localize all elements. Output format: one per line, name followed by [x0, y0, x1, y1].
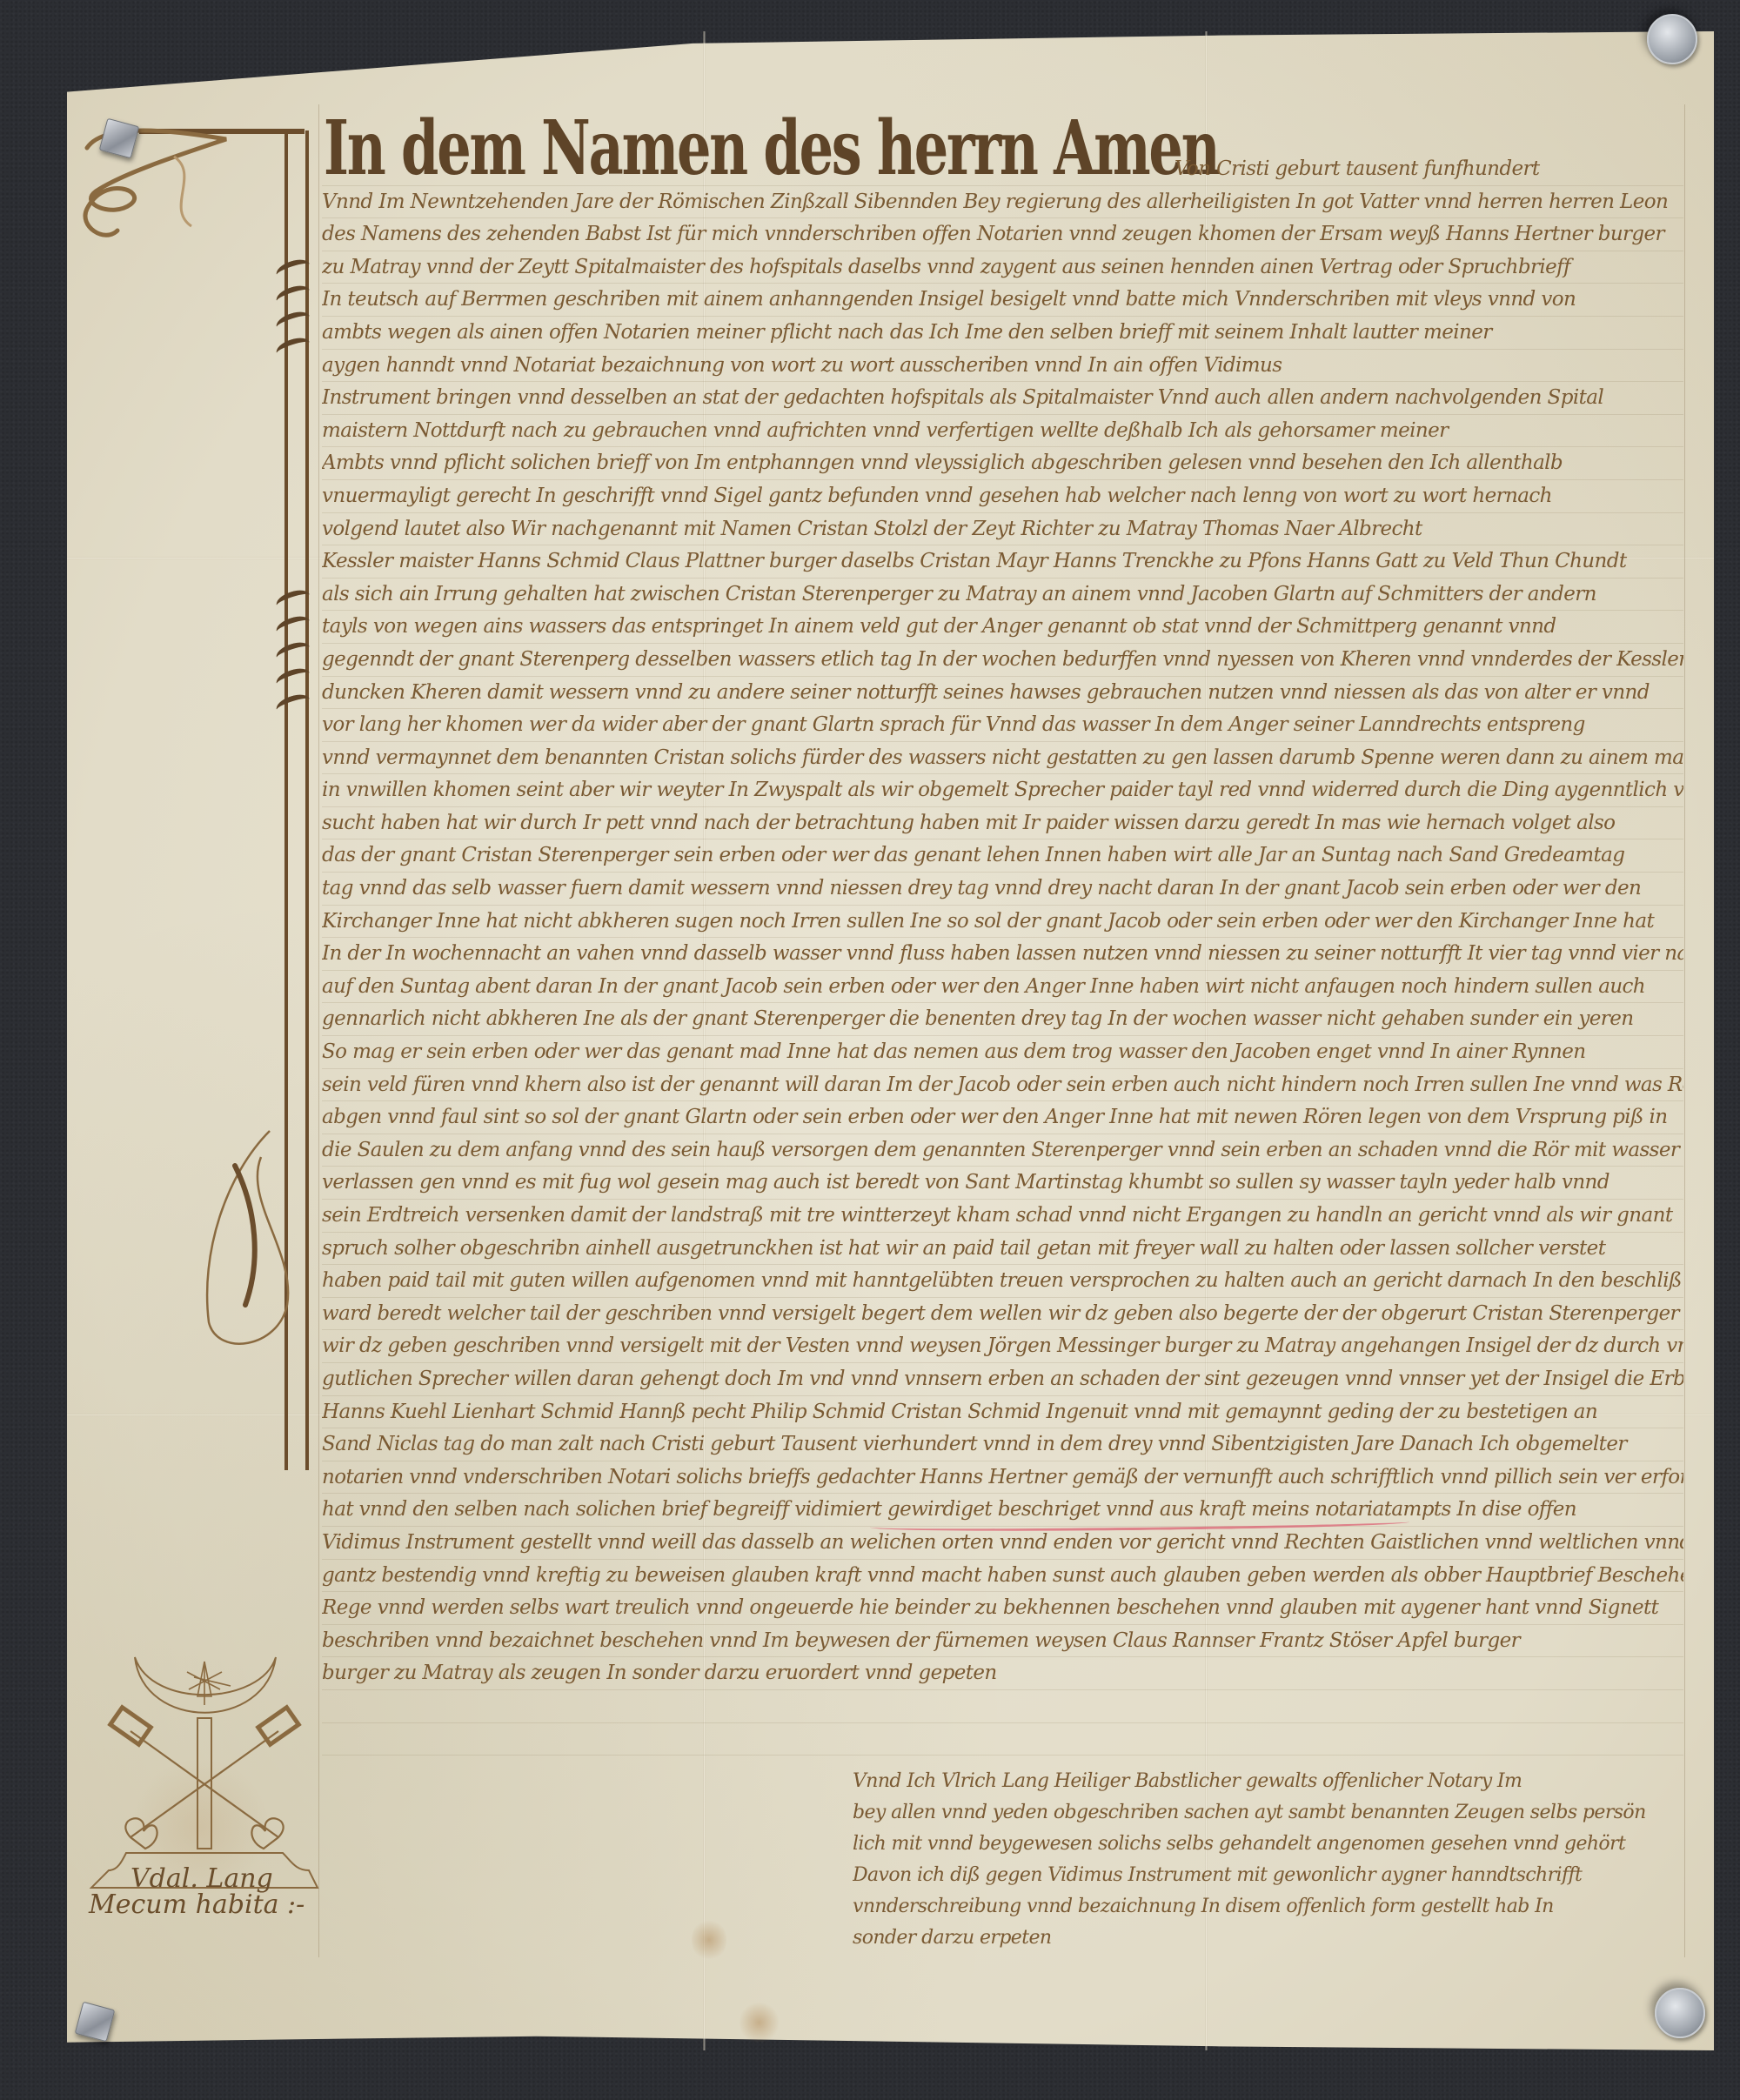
notarial-sign-icon: [83, 1609, 326, 1905]
stain: [692, 1918, 726, 1962]
text-line: Sand Niclas tag do man zalt nach Cristi …: [322, 1428, 1683, 1461]
text-line: aygen hanndt vnnd Notariat bezaichnung v…: [322, 350, 1683, 383]
text-line: vnuermayligt gerecht In geschrifft vnnd …: [322, 480, 1683, 513]
text-line: Vidimus Instrument gestellt vnnd weill d…: [322, 1527, 1683, 1560]
text-line: Ambts vnnd pflicht solichen brieff von I…: [322, 447, 1683, 480]
text-line: Kirchanger Inne hat nicht abkheren sugen…: [322, 906, 1683, 939]
text-line: vnnd vermaynnet dem benannten Cristan so…: [322, 742, 1683, 775]
text-line: Vnnd Im Newntzehenden Jare der Römischen…: [322, 186, 1683, 219]
text-line: duncken Kheren damit wessern vnnd zu and…: [322, 677, 1683, 710]
magnet-round: [1655, 1988, 1705, 2038]
text-line: vor lang her khomen wer da wider aber de…: [322, 709, 1683, 742]
text-line: gegenndt der gnant Sterenperg desselben …: [322, 644, 1683, 677]
text-line: zu Matray vnnd der Zeytt Spitalmaister d…: [322, 251, 1683, 284]
text-line: beschriben vnnd bezaichnet beschehen vnn…: [322, 1625, 1683, 1658]
text-line: tag vnnd das selb wasser fuern damit wes…: [322, 873, 1683, 906]
crossed-keys-icon: [110, 1708, 299, 1849]
subscription-line: vnnderschreibung vnnd bezaichnung In dis…: [853, 1891, 1679, 1923]
text-line: gantz bestendig vnnd kreftig zu beweisen…: [322, 1560, 1683, 1593]
text-line: ward beredt welcher tail der geschriben …: [322, 1298, 1683, 1331]
text-line: In der In wochennacht an vahen vnnd dass…: [322, 938, 1683, 971]
text-line: sein Erdtreich versenken damit der lands…: [322, 1200, 1683, 1233]
text-line: das der gnant Cristan Sterenperger sein …: [322, 839, 1683, 873]
text-line: spruch solher obgeschribn ainhell ausget…: [322, 1233, 1683, 1266]
text-line: Instrument bringen vnnd desselben an sta…: [322, 382, 1683, 415]
subscription-line: lich mit vnnd beygewesen solichs selbs g…: [853, 1829, 1679, 1860]
subscription-line: Davon ich diß gegen Vidimus Instrument m…: [853, 1860, 1679, 1891]
notary-motto: Mecum habita :-: [89, 1889, 304, 1920]
text-line: volgend lautet also Wir nachgenannt mit …: [322, 513, 1683, 546]
magnet-round: [1647, 14, 1697, 64]
text-line: Kessler maister Hanns Schmid Claus Platt…: [322, 545, 1683, 579]
charter-body: Von Cristi geburt tausent funfhundert Vn…: [322, 153, 1683, 1756]
stain: [739, 2001, 779, 2044]
text-line: tayls von wegen ains wassers das entspri…: [322, 611, 1683, 644]
text-line: In teutsch auf Berrmen geschriben mit ai…: [322, 284, 1683, 317]
text-line: sein veld füren vnnd khern also ist der …: [322, 1069, 1683, 1102]
text-line: in vnwillen khomen seint aber wir weyter…: [322, 774, 1683, 807]
text-line: notarien vnnd vnderschriben Notari solic…: [322, 1461, 1683, 1495]
text-line: burger zu Matray als zeugen In sonder da…: [322, 1657, 1683, 1690]
text-line: haben paid tail mit guten willen aufgeno…: [322, 1265, 1683, 1298]
text-line: maistern Nottdurft nach zu gebrauchen vn…: [322, 415, 1683, 448]
text-line: abgen vnnd faul sint so sol der gnant Gl…: [322, 1101, 1683, 1134]
text-line: [322, 1723, 1683, 1756]
text-line: So mag er sein erben oder wer das genant…: [322, 1036, 1683, 1069]
text-line: Von Cristi geburt tausent funfhundert: [322, 153, 1683, 186]
text-line: die Saulen zu dem anfang vnnd des sein h…: [322, 1134, 1683, 1167]
subscription-line: Vnnd Ich Vlrich Lang Heiliger Babstliche…: [853, 1766, 1679, 1797]
text-line: verlassen gen vnnd es mit fug wol gesein…: [322, 1167, 1683, 1200]
text-line: gutlichen Sprecher willen daran gehengt …: [322, 1363, 1683, 1396]
text-line: [322, 1690, 1683, 1723]
text-line: gennarlich nicht abkheren Ine als der gn…: [322, 1003, 1683, 1036]
text-line: auf den Suntag abent daran In der gnant …: [322, 971, 1683, 1004]
notary-subscription: Vnnd Ich Vlrich Lang Heiliger Babstliche…: [853, 1766, 1679, 1954]
text-line: Hanns Kuehl Lienhart Schmid Hannß pecht …: [322, 1396, 1683, 1429]
text-line: des Namens des zehenden Babst Ist für mi…: [322, 218, 1683, 251]
text-line: als sich ain Irrung gehalten hat zwische…: [322, 579, 1683, 612]
subscription-line: bey allen vnnd yeden obgeschriben sachen…: [853, 1797, 1679, 1829]
star-icon: [187, 1662, 231, 1705]
text-line: sucht haben hat wir durch Ir pett vnnd n…: [322, 807, 1683, 840]
text-line: wir dz geben geschriben vnnd versigelt m…: [322, 1330, 1683, 1363]
text-line: ambts wegen als ainen offen Notarien mei…: [322, 317, 1683, 350]
text-line: Rege vnnd werden selbs wart treulich vnn…: [322, 1592, 1683, 1625]
subscription-line: sonder darzu erpeten: [853, 1923, 1679, 1954]
right-margin-ruling: [1684, 104, 1685, 1957]
